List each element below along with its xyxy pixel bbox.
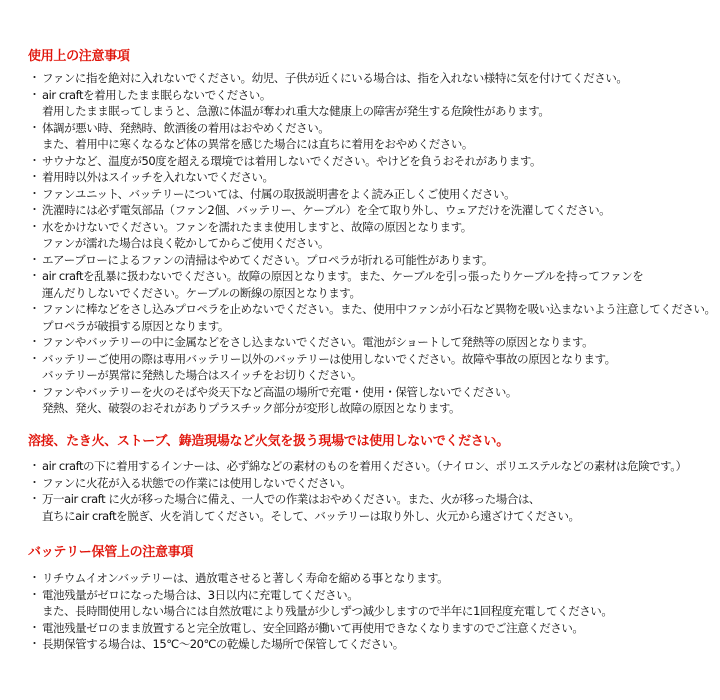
list-item: ・バッテリーご使用の際は専用バッテリー以外のバッテリーは使用しないでください。故… xyxy=(0,351,720,384)
list-item: ・air craftを着用したまま眠らないでください。着用したまま眠ってしまうと… xyxy=(0,87,720,120)
section-title: バッテリー保管上の注意事項 xyxy=(28,545,193,561)
list-item: ・air craftの下に着用するインナーは、必ず綿などの素材のものを着用くださ… xyxy=(0,458,720,475)
section-title: 使用上の注意事項 xyxy=(28,49,130,65)
bullet-icon: ・ xyxy=(29,620,40,637)
list-item: ・ファンやバッテリーを火のそばや炎天下など高温の場所で充電・使用・保管しないでく… xyxy=(0,384,720,417)
bullet-icon: ・ xyxy=(29,384,40,401)
bullet-icon: ・ xyxy=(29,351,40,368)
list-item: ・着用時以外はスイッチを入れないでください。 xyxy=(0,169,720,186)
list-item: ・ファンに指を絶対に入れないでください。幼児、子供が近くにいる場合は、指を入れな… xyxy=(0,70,720,87)
bullet-icon: ・ xyxy=(29,570,40,587)
bullet-icon: ・ xyxy=(29,475,40,492)
precaution-list: ・ファンに指を絶対に入れないでください。幼児、子供が近くにいる場合は、指を入れな… xyxy=(0,70,720,417)
bullet-icon: ・ xyxy=(29,636,40,653)
bullet-icon: ・ xyxy=(29,120,40,137)
bullet-icon: ・ xyxy=(29,186,40,203)
bullet-icon: ・ xyxy=(29,202,40,219)
list-item: ・サウナなど、温度が50度を超える環境では着用しないでください。やけどを負うおそ… xyxy=(0,153,720,170)
list-item: ・長期保管する場合は、15℃～20℃の乾燥した場所で保管してください。 xyxy=(0,636,720,653)
bullet-icon: ・ xyxy=(29,169,40,186)
list-item: ・air craftを乱暴に扱わないでください。故障の原因となります。また、ケー… xyxy=(0,268,720,301)
bullet-icon: ・ xyxy=(29,252,40,269)
bullet-icon: ・ xyxy=(29,491,40,508)
bullet-icon: ・ xyxy=(29,87,40,104)
section-title: 溶接、たき火、ストーブ、鋳造現場など火気を扱う現場では使用しないでください。 xyxy=(28,434,509,450)
bullet-icon: ・ xyxy=(29,70,40,87)
list-item: ・万一air craft に火が移った場合に備え、一人での作業はおやめください。… xyxy=(0,491,720,524)
bullet-icon: ・ xyxy=(29,334,40,351)
list-item: ・電池残量がゼロになった場合は、3日以内に充電してください。また、長時間使用しな… xyxy=(0,587,720,620)
list-item: ・ファンに棒などをさし込みプロペラを止めないでください。また、使用中ファンが小石… xyxy=(0,301,720,334)
list-item: ・リチウムイオンバッテリーは、過放電させると著しく寿命を縮める事となります。 xyxy=(0,570,720,587)
bullet-icon: ・ xyxy=(29,268,40,285)
battery-storage-list: ・リチウムイオンバッテリーは、過放電させると著しく寿命を縮める事となります。 ・… xyxy=(0,570,720,653)
bullet-icon: ・ xyxy=(29,587,40,604)
list-item: ・洗濯時には必ず電気部品（ファン2個、バッテリー、ケーブル）を全て取り外し、ウェ… xyxy=(0,202,720,219)
bullet-icon: ・ xyxy=(29,219,40,236)
list-item: ・ファンに火花が入る状態での作業には使用しないでください。 xyxy=(0,475,720,492)
bullet-icon: ・ xyxy=(29,301,40,318)
bullet-icon: ・ xyxy=(29,458,40,475)
list-item: ・エアーブローによるファンの清掃はやめてください。プロペラが折れる可能性がありま… xyxy=(0,252,720,269)
fire-warning-list: ・air craftの下に着用するインナーは、必ず綿などの素材のものを着用くださ… xyxy=(0,458,720,524)
bullet-icon: ・ xyxy=(29,153,40,170)
list-item: ・電池残量ゼロのまま放置すると完全放電し、安全回路が働いて再使用できなくなります… xyxy=(0,620,720,637)
list-item: ・ファンユニット、バッテリーについては、付属の取扱説明書をよく読み正しくご使用く… xyxy=(0,186,720,203)
list-item: ・体調が悪い時、発熱時、飲酒後の着用はおやめください。また、着用中に寒くなるなど… xyxy=(0,120,720,153)
list-item: ・ファンやバッテリーの中に金属などをさし込まないでください。電池がショートして発… xyxy=(0,334,720,351)
list-item: ・水をかけないでください。ファンを濡れたまま使用しますと、故障の原因となります。… xyxy=(0,219,720,252)
